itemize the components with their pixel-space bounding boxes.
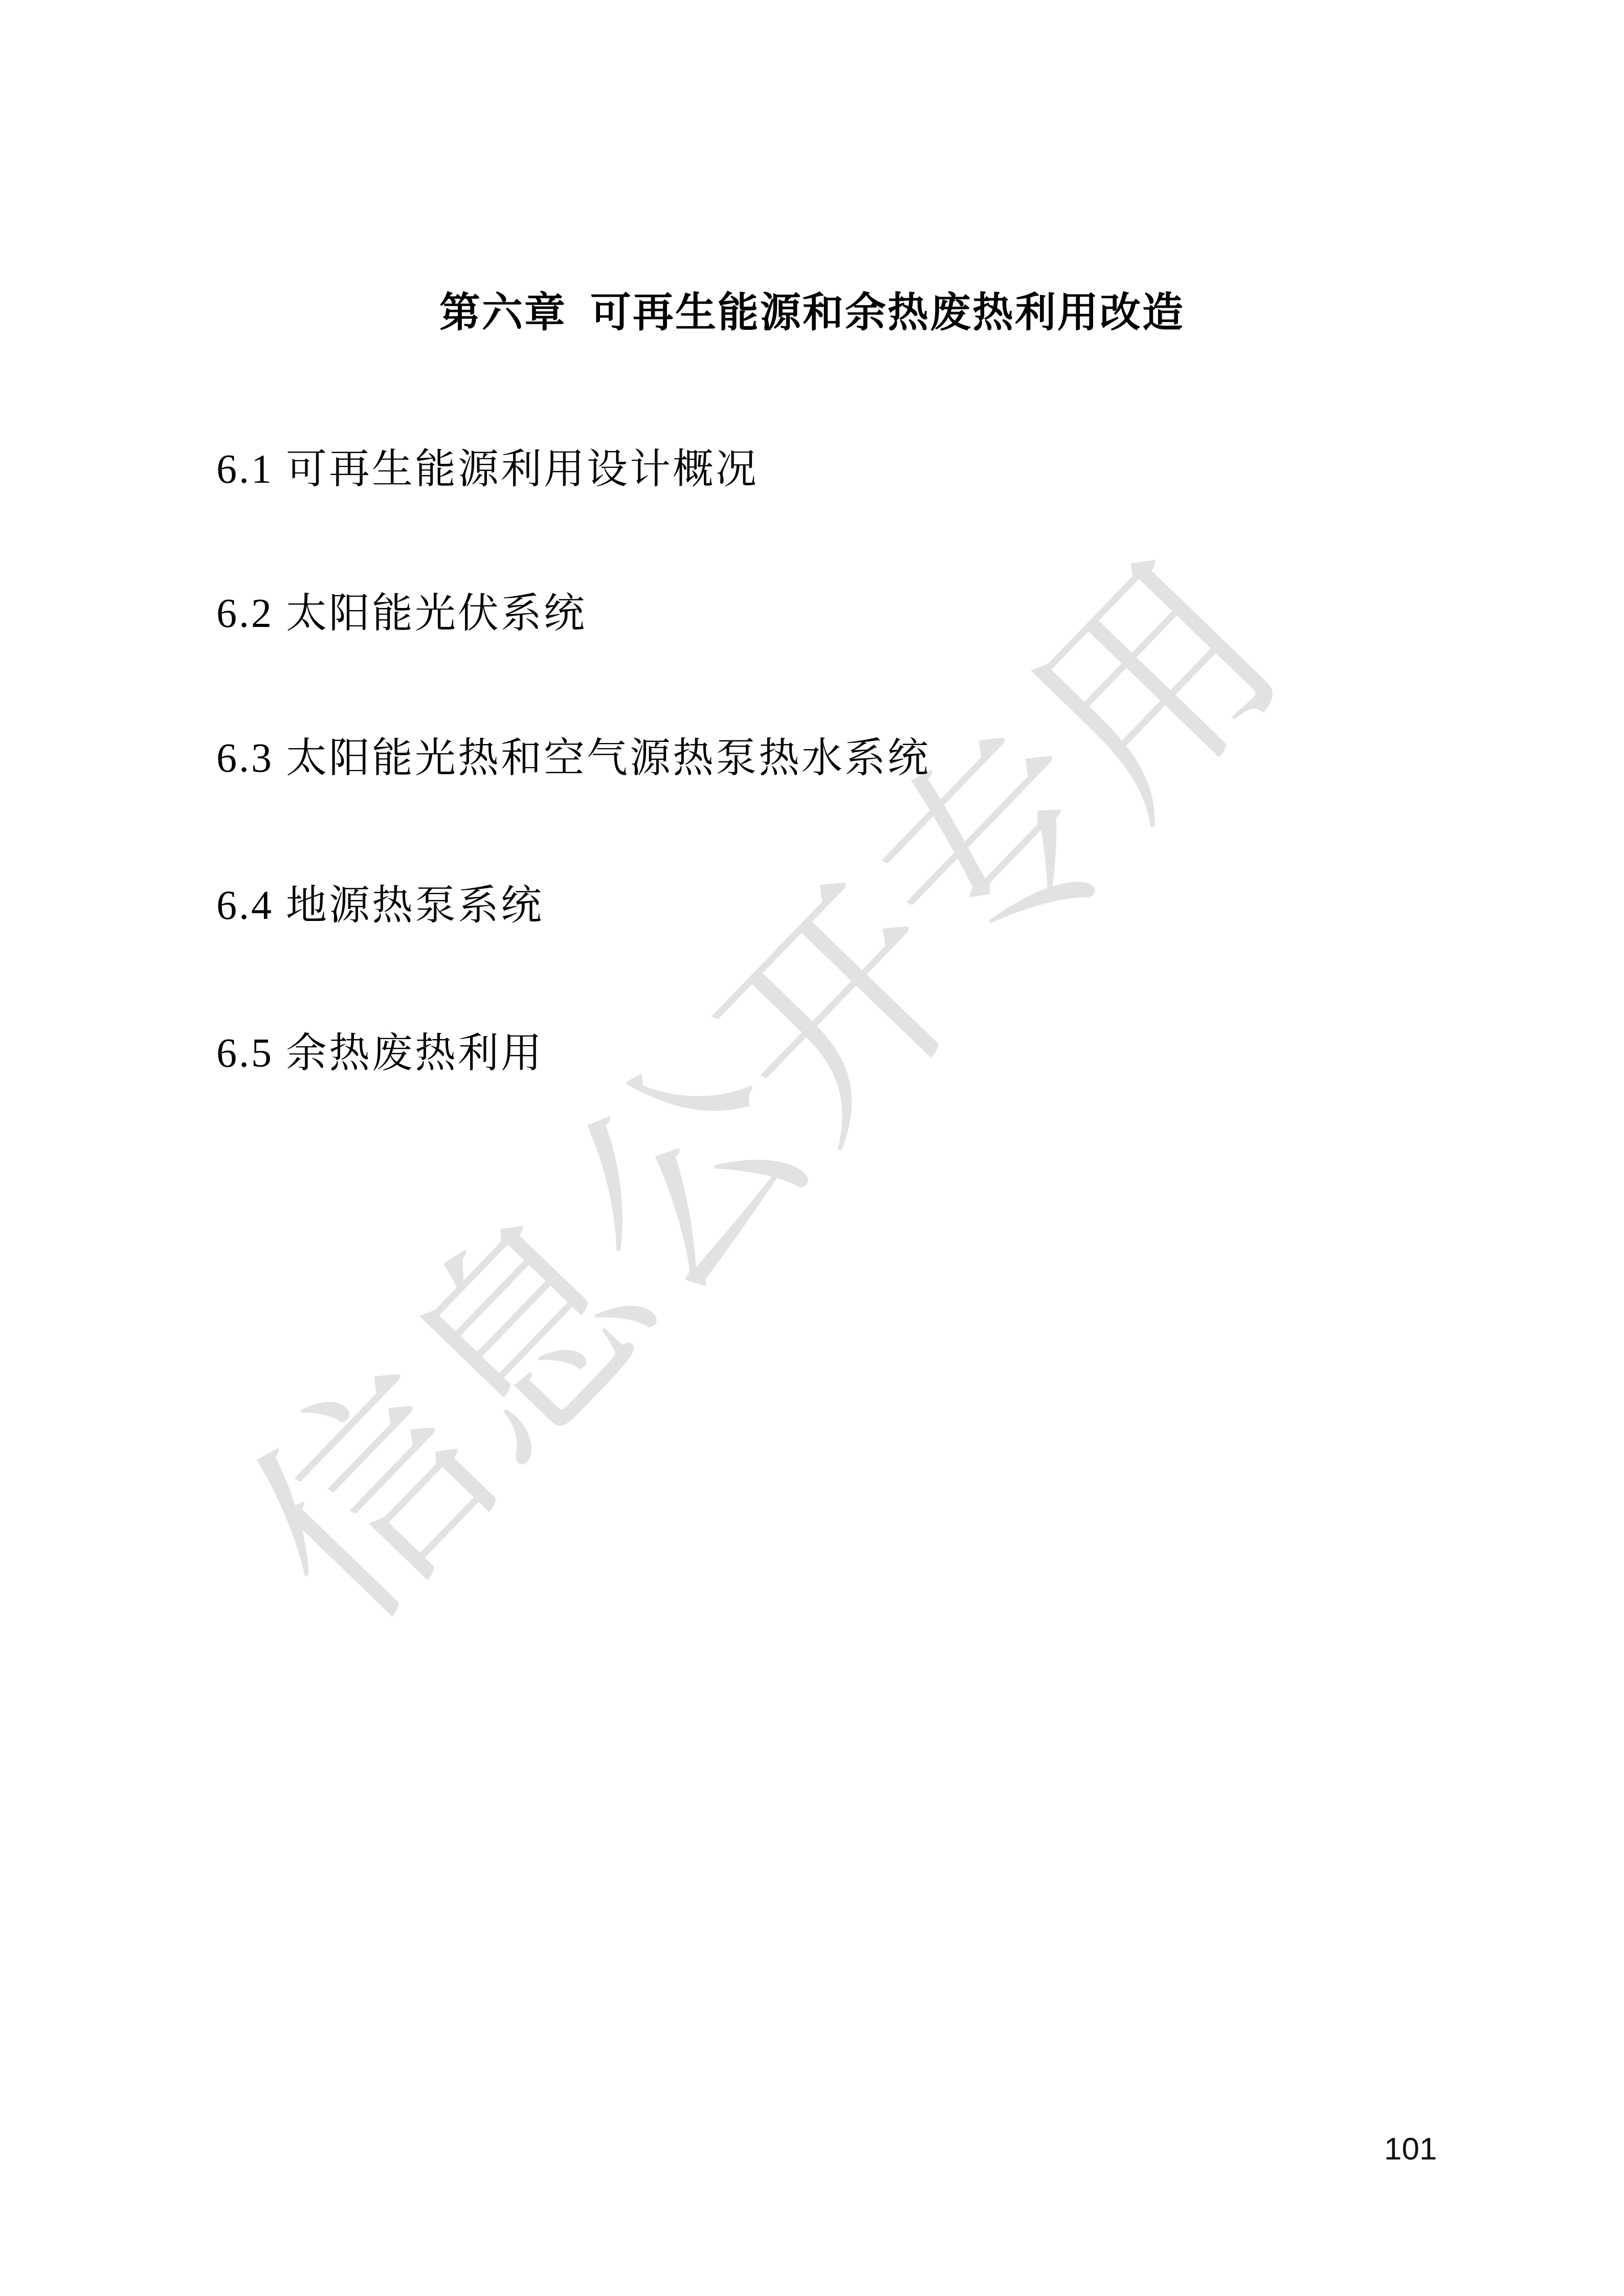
section-heading-6-4: 6.4 地源热泵系统 bbox=[216, 885, 544, 926]
diagonal-watermark: 信息公开专用 bbox=[217, 531, 1317, 1658]
section-heading-6-5: 6.5 余热废热利用 bbox=[216, 1033, 544, 1074]
document-page: 信息公开专用 第六章 可再生能源和余热废热利用改造 6.1 可再生能源利用设计概… bbox=[0, 0, 1624, 2296]
page-number: 101 bbox=[1384, 2133, 1437, 2165]
chapter-title: 第六章 可再生能源和余热废热利用改造 bbox=[0, 290, 1624, 335]
section-heading-6-3: 6.3 太阳能光热和空气源热泵热水系统 bbox=[216, 738, 930, 779]
section-heading-6-1: 6.1 可再生能源利用设计概况 bbox=[216, 449, 759, 490]
section-heading-6-2: 6.2 太阳能光伏系统 bbox=[216, 593, 587, 634]
